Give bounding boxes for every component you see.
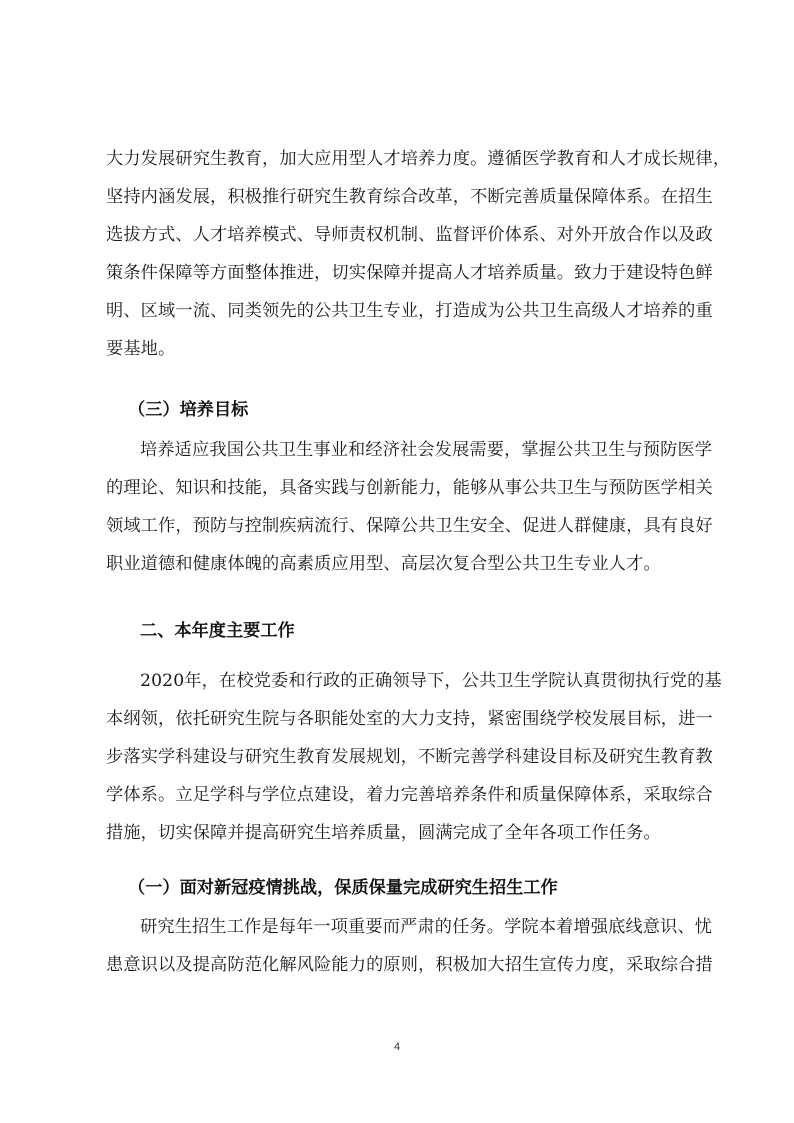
paragraph-line: 领域工作，预防与控制疾病流行、保障公共卫生安全、促进人群健康，具有良好: [106, 514, 696, 538]
paragraph-line: 本纲领，依托研究生院与各职能处室的大力支持，紧密围绕学校发展目标，进一: [106, 707, 696, 731]
paragraph-line: 学体系。立足学科与学位点建设，着力完善培养条件和质量保障体系，采取综合: [106, 783, 696, 807]
paragraph-line: 的理论、知识和技能，具备实践与创新能力，能够从事公共卫生与预防医学相关: [106, 476, 696, 500]
paragraph-line: 要基地。: [106, 337, 696, 361]
paragraph-line: 职业道德和健康体魄的高素质应用型、高层次复合型公共卫生专业人才。: [106, 552, 696, 576]
paragraph-line: 选拔方式、人才培养模式、导师责权机制、监督评价体系、对外开放合作以及政: [106, 223, 696, 247]
section-heading-annual-work: 二、本年度主要工作: [140, 619, 295, 643]
paragraph-line: 措施，切实保障并提高研究生培养质量，圆满完成了全年各项工作任务。: [106, 821, 696, 845]
paragraph-line: 步落实学科建设与研究生教育发展规划，不断完善学科建设目标及研究生教育教: [106, 745, 696, 769]
paragraph-line: 研究生招生工作是每年一项重要而严肃的任务。学院本着增强底线意识、忧: [140, 915, 696, 939]
subheading-training-goals: （三）培养目标: [128, 398, 248, 422]
paragraph-line: 培养适应我国公共卫生事业和经济社会发展需要，掌握公共卫生与预防医学: [140, 438, 696, 462]
subheading-enrollment: （一）面对新冠疫情挑战，保质保量完成研究生招生工作: [128, 876, 558, 900]
paragraph-line: 大力发展研究生教育，加大应用型人才培养力度。遵循医学教育和人才成长规律，: [106, 147, 696, 171]
paragraph-line: 患意识以及提高防范化解风险能力的原则，积极加大招生宣传力度，采取综合措: [106, 953, 696, 977]
paragraph-line: 2020年，在校党委和行政的正确领导下，公共卫生学院认真贯彻执行党的基: [140, 669, 696, 693]
paragraph-line: 坚持内涵发展，积极推行研究生教育综合改革，不断完善质量保障体系。在招生: [106, 185, 696, 209]
document-page: 大力发展研究生教育，加大应用型人才培养力度。遵循医学教育和人才成长规律， 坚持内…: [0, 0, 794, 1123]
page-number: 4: [0, 1041, 794, 1053]
paragraph-line: 明、区域一流、同类领先的公共卫生专业，打造成为公共卫生高级人才培养的重: [106, 299, 696, 323]
paragraph-line: 策条件保障等方面整体推进，切实保障并提高人才培养质量。致力于建设特色鲜: [106, 261, 696, 285]
